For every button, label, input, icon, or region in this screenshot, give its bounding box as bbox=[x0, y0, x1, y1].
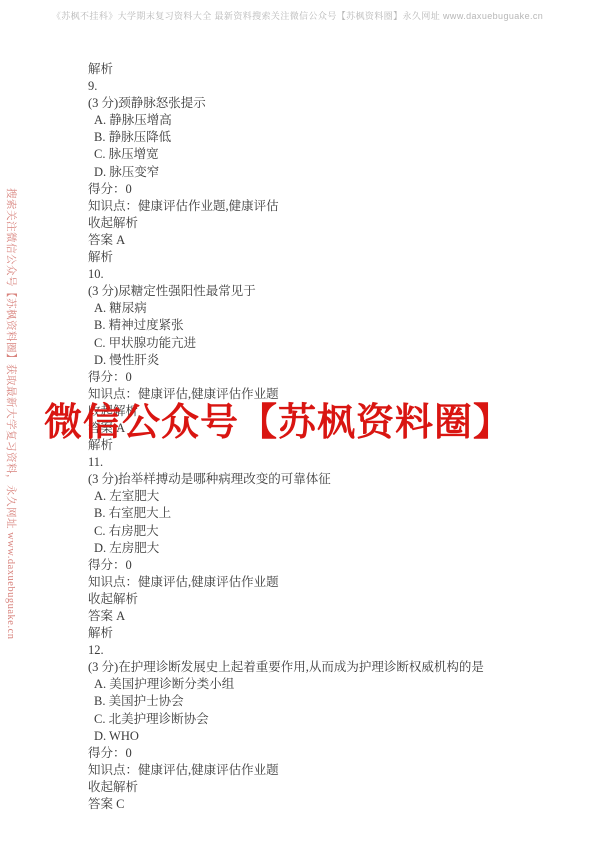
answer-line: 答案 A bbox=[88, 232, 568, 249]
analysis-label: 解析 bbox=[88, 61, 568, 78]
knowledge-line: 知识点：健康评估,健康评估作业题 bbox=[88, 762, 568, 779]
option-a: A. 静脉压增高 bbox=[88, 112, 568, 129]
option-c: C. 右房肥大 bbox=[88, 523, 568, 540]
knowledge-line: 知识点：健康评估作业题,健康评估 bbox=[88, 198, 568, 215]
score-line: 得分：0 bbox=[88, 745, 568, 762]
answer-line: 答案 C bbox=[88, 796, 568, 813]
option-b: B. 右室肥大上 bbox=[88, 505, 568, 522]
option-a: A. 糖尿病 bbox=[88, 300, 568, 317]
option-c: C. 脉压增宽 bbox=[88, 146, 568, 163]
analysis-label: 解析 bbox=[88, 249, 568, 266]
page-header-line: 《苏枫不挂科》大学期末复习资料大全 最新资料搜索关注微信公众号【苏枫资料圈】永久… bbox=[0, 9, 595, 22]
watermark-horizontal: 微信公众号【苏枫资料圈】 bbox=[44, 391, 512, 446]
score-line: 得分：0 bbox=[88, 557, 568, 574]
option-a: A. 左室肥大 bbox=[88, 488, 568, 505]
collapse-analysis-label: 收起解析 bbox=[88, 215, 568, 232]
question-number: 9. bbox=[88, 78, 568, 95]
answer-line: 答案 A bbox=[88, 608, 568, 625]
question-stem: (3 分)尿糖定性强阳性最常见于 bbox=[88, 283, 568, 300]
knowledge-line: 知识点：健康评估,健康评估作业题 bbox=[88, 574, 568, 591]
question-stem: (3 分)抬举样搏动是哪种病理改变的可靠体征 bbox=[88, 471, 568, 488]
option-b: B. 静脉压降低 bbox=[88, 129, 568, 146]
question-number: 12. bbox=[88, 642, 568, 659]
question-9: 9. (3 分)颈静脉怒张提示 A. 静脉压增高 B. 静脉压降低 C. 脉压增… bbox=[88, 78, 568, 266]
score-line: 得分：0 bbox=[88, 369, 568, 386]
option-b: B. 精神过度紧张 bbox=[88, 317, 568, 334]
collapse-analysis-label: 收起解析 bbox=[88, 779, 568, 796]
question-12: 12. (3 分)在护理诊断发展史上起着重要作用,从而成为护理诊断权威机构的是 … bbox=[88, 642, 568, 813]
question-11: 11. (3 分)抬举样搏动是哪种病理改变的可靠体征 A. 左室肥大 B. 右室… bbox=[88, 454, 568, 642]
collapse-analysis-label: 收起解析 bbox=[88, 591, 568, 608]
option-b: B. 美国护士协会 bbox=[88, 693, 568, 710]
question-stem: (3 分)在护理诊断发展史上起着重要作用,从而成为护理诊断权威机构的是 bbox=[88, 659, 568, 676]
option-d: D. WHO bbox=[88, 728, 568, 745]
analysis-label: 解析 bbox=[88, 625, 568, 642]
option-d: D. 左房肥大 bbox=[88, 540, 568, 557]
question-number: 10. bbox=[88, 266, 568, 283]
question-number: 11. bbox=[88, 454, 568, 471]
option-d: D. 慢性肝炎 bbox=[88, 352, 568, 369]
option-d: D. 脉压变窄 bbox=[88, 164, 568, 181]
watermark-vertical: 搜索关注微信公众号【苏枫资料圈】获取最新大学复习资料，永久网址 www.daxu… bbox=[4, 188, 19, 640]
score-line: 得分：0 bbox=[88, 181, 568, 198]
option-a: A. 美国护理诊断分类小组 bbox=[88, 676, 568, 693]
question-stem: (3 分)颈静脉怒张提示 bbox=[88, 95, 568, 112]
option-c: C. 甲状腺功能亢进 bbox=[88, 335, 568, 352]
option-c: C. 北美护理诊断协会 bbox=[88, 711, 568, 728]
